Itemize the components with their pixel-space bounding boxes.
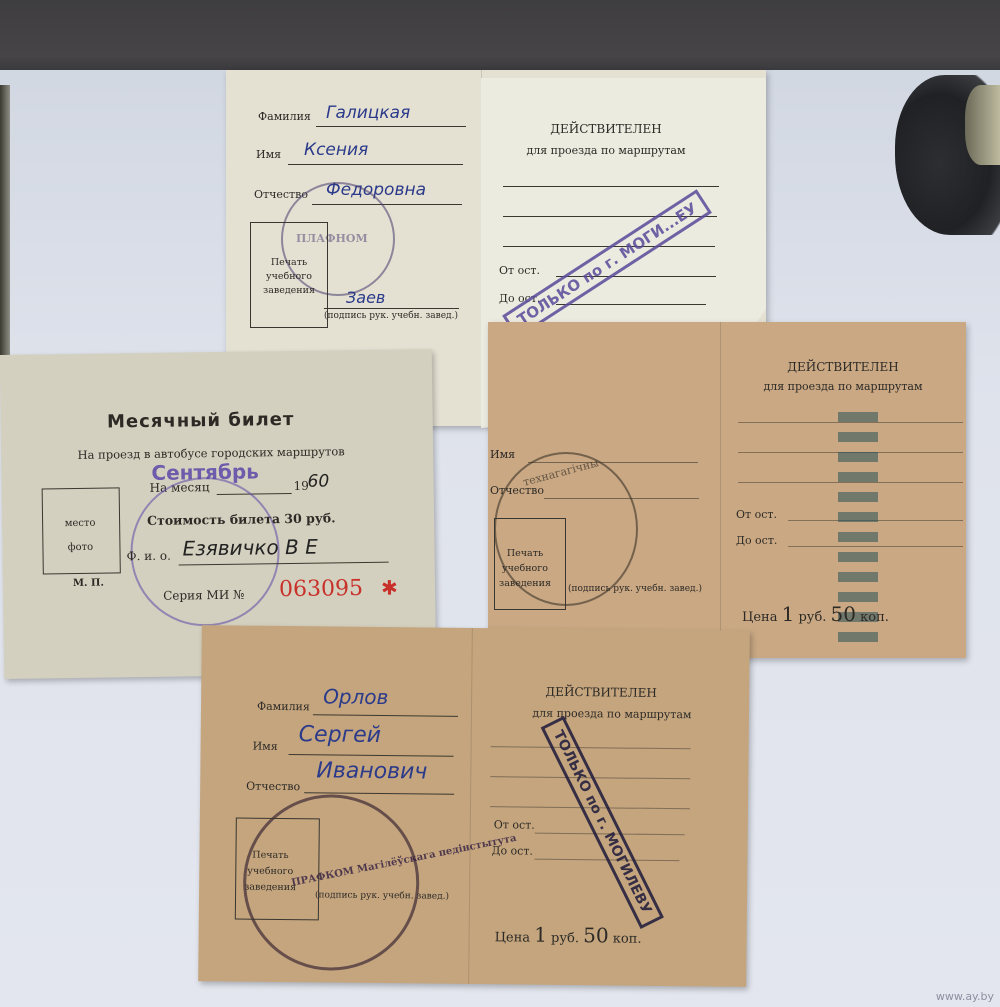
- valid-title: ДЕЙСТВИТЕЛЕН: [720, 360, 966, 374]
- from-stop-label: От ост.: [736, 508, 777, 521]
- price-kop: 50: [583, 923, 609, 947]
- photo-box-label: место фото: [42, 511, 119, 560]
- surname-value: Орлов: [323, 684, 388, 709]
- name-value: Сергей: [299, 722, 382, 748]
- site-watermark: www.ay.by: [936, 990, 994, 1003]
- signature-caption: (подпись рук. учебн. завед.): [324, 311, 458, 321]
- surname-label: Фамилия: [258, 110, 311, 123]
- price-kop-unit: коп.: [860, 610, 889, 625]
- seal-box-label-line: учебного: [494, 561, 556, 576]
- seal-box-label: Печать учебного заведения: [235, 848, 305, 897]
- student-ticket-right: Имя Отчество технагагічны Печать учебног…: [488, 322, 966, 658]
- seal-box-label-line: заведения: [494, 576, 556, 591]
- cost-text: Стоимость билета 30 руб.: [147, 510, 336, 528]
- to-stop-line: [556, 304, 706, 305]
- name-label: Имя: [256, 148, 281, 161]
- ticket-title: Месячный билет: [1, 407, 401, 434]
- seal-box-label: Печать учебного заведения: [250, 256, 328, 298]
- year-value: 60: [307, 471, 329, 491]
- valid-title: ДЕЙСТВИТЕЛЕН: [491, 684, 711, 700]
- valid-subtitle: для проезда по маршрутам: [720, 380, 966, 393]
- surname-line: [313, 714, 458, 717]
- price-rub-unit: руб.: [551, 931, 579, 946]
- signature-caption: (подпись рук. учебн. завед.): [315, 890, 449, 901]
- fio-value: Езявичко В Е: [182, 535, 318, 561]
- photo-label-line: место: [42, 511, 118, 536]
- name-label: Имя: [253, 740, 278, 753]
- mp-label: М. П.: [73, 578, 104, 589]
- price-label: Цена: [495, 930, 531, 945]
- valid-subtitle: для проезда по маршрутам: [481, 144, 731, 157]
- price: Цена 1 руб. 50 коп.: [495, 922, 642, 948]
- series-label: Серия МИ №: [163, 588, 244, 603]
- rosette-icon: ✱: [381, 575, 398, 599]
- patronymic-label: Отчество: [246, 780, 300, 794]
- signature-line: [324, 308, 459, 309]
- from-stop-label: От ост.: [499, 264, 540, 277]
- valid-subtitle: для проезда по маршрутам: [497, 706, 727, 721]
- partial-ticket-edge: [0, 85, 10, 355]
- surname-value: Галицкая: [326, 103, 410, 123]
- seal-box-label: Печать учебного заведения: [494, 546, 556, 591]
- price-rub: 1: [534, 923, 547, 947]
- surname-label: Фамилия: [257, 700, 310, 714]
- glass-figurine: [895, 75, 1000, 235]
- signature-caption: (подпись рук. учебн. завед.): [568, 584, 702, 594]
- price-rub-unit: руб.: [798, 610, 826, 625]
- seal-box-label-line: Печать: [494, 546, 556, 561]
- price: Цена 1 руб. 50 коп.: [742, 602, 889, 626]
- fio-label: Ф. и. о.: [126, 549, 170, 564]
- patronymic-value: Иванович: [316, 758, 427, 784]
- signature: Заев: [346, 288, 385, 307]
- price-kop: 50: [831, 602, 856, 626]
- window-frame-shadow: [0, 0, 1000, 70]
- seal-box-label-line: учебного: [235, 864, 305, 881]
- valid-title: ДЕЙСТВИТЕЛЕН: [481, 122, 731, 136]
- name-line: [289, 754, 454, 757]
- route-line: [491, 746, 691, 749]
- price-rub: 1: [782, 602, 795, 626]
- seal-box-label-line: заведения: [250, 284, 328, 298]
- seal-box-label-line: учебного: [250, 270, 328, 284]
- to-stop-label: До ост.: [491, 844, 533, 857]
- route-line: [503, 186, 719, 187]
- student-ticket-bottom: Фамилия Орлов Имя Сергей Отчество Иванов…: [198, 625, 750, 987]
- seal-box-label-line: Печать: [235, 848, 305, 865]
- price-label: Цена: [742, 610, 777, 625]
- seal-box-label-line: заведения: [235, 880, 305, 897]
- to-stop-label: До ост.: [736, 534, 777, 547]
- from-stop-label: От ост.: [494, 818, 535, 831]
- price-kop-unit: коп.: [613, 931, 642, 946]
- fold-line: [468, 628, 473, 984]
- seal-box-label-line: Печать: [250, 256, 328, 270]
- name-value: Ксения: [304, 140, 368, 160]
- surname-line: [316, 126, 466, 127]
- photo-label-line: фото: [42, 535, 118, 560]
- name-line: [288, 164, 463, 165]
- serial-number: 063095: [279, 576, 363, 602]
- name-label: Имя: [490, 448, 515, 461]
